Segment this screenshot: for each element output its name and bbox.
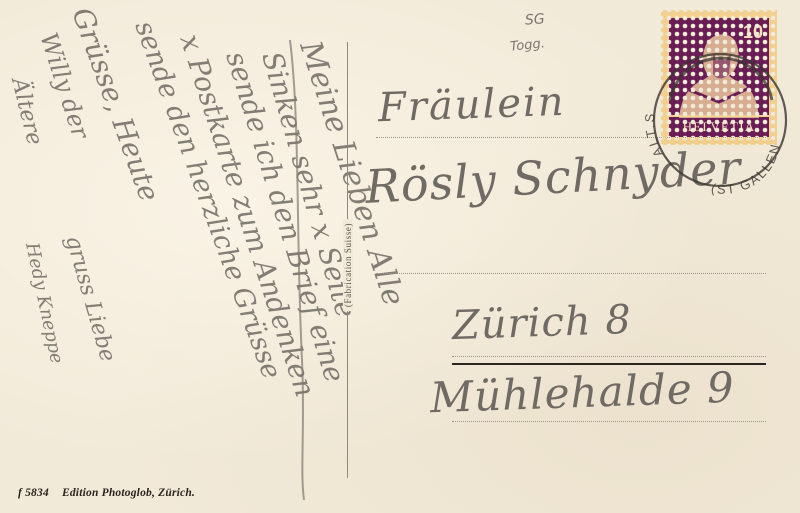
address-city: Zürich 8 — [451, 297, 632, 349]
address-line — [452, 421, 766, 422]
address-line — [452, 356, 766, 357]
address-salutation: Fräulein — [377, 79, 566, 132]
william-tell-portrait-icon — [679, 30, 759, 118]
address-street: Mühlehalde 9 — [429, 363, 735, 423]
address-line — [376, 273, 766, 274]
message-line: Willy der — [34, 29, 95, 143]
pencil-note: Togg. — [509, 36, 545, 55]
address-name: Rösly Schnyder — [364, 140, 743, 214]
message-line: Hedy Kneppe — [21, 240, 67, 366]
stamp-design: 10 HELVETIA — [669, 18, 769, 137]
stamp-country: HELVETIA — [669, 115, 769, 137]
publisher-name: Edition Photoglob, Zürich. — [62, 487, 195, 499]
message-line: gruss Liebe — [60, 233, 120, 365]
publisher-imprint: f 5834 Edition Photoglob, Zürich. — [18, 487, 195, 499]
message-line: Grüsse, Heute — [65, 3, 166, 206]
message-line: sende ich den Brief eine — [219, 47, 351, 386]
postage-stamp: 10 HELVETIA — [661, 10, 777, 145]
postcard-back: Meine Lieben Alle Sinken sehr x Seite se… — [0, 0, 800, 513]
publisher-code: f 5834 — [18, 487, 49, 499]
pencil-note: SG — [524, 11, 545, 28]
message-line: Ältere — [6, 73, 49, 148]
message-line: sende den herzliche Grüsse — [128, 17, 287, 383]
fabrication-label: (Fabrication Suisse) — [343, 219, 353, 311]
message-line: x Postkarte zum Andenken — [173, 30, 322, 401]
